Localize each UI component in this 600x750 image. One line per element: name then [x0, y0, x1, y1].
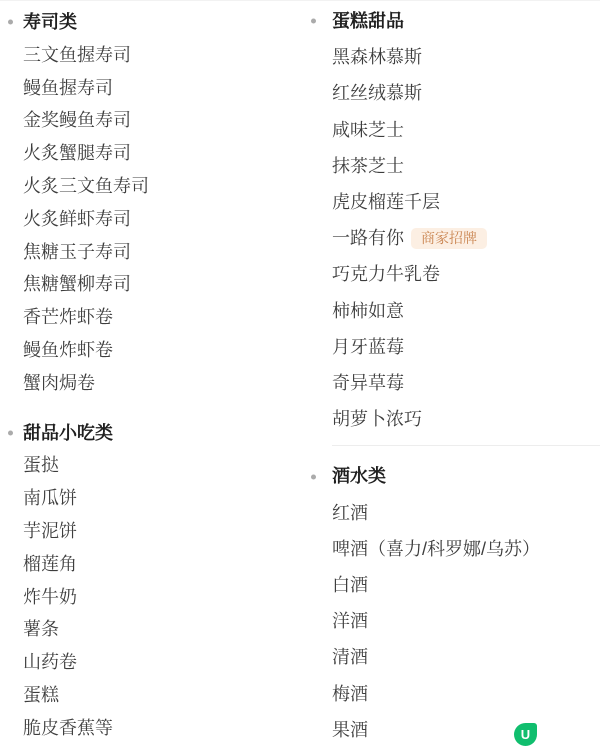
- menu-item-label: 蛋挞: [23, 455, 59, 475]
- menu-page: 寿司类三文鱼握寿司鳗鱼握寿司金奖鳗鱼寿司火炙蟹腿寿司火炙三文鱼寿司火炙鲜虾寿司焦…: [0, 0, 600, 750]
- menu-item: 虎皮榴莲千层: [300, 184, 600, 220]
- menu-item: 蛋糕: [0, 679, 300, 712]
- menu-item-label: 虎皮榴莲千层: [332, 192, 440, 212]
- menu-item: 火炙三文鱼寿司: [0, 170, 300, 203]
- bullet-icon: [8, 430, 13, 435]
- menu-item: 奇异草莓: [300, 365, 600, 401]
- menu-item-label: 巧克力牛乳卷: [332, 264, 440, 284]
- menu-item-label: 梅酒: [332, 684, 368, 704]
- menu-item: 清酒: [300, 639, 600, 675]
- menu-item-label: 果酒: [332, 720, 368, 740]
- menu-item: 月牙蓝莓: [300, 329, 600, 365]
- menu-item: 红丝绒慕斯: [300, 75, 600, 111]
- menu-item-label: 鳗鱼握寿司: [23, 78, 113, 98]
- menu-item: 山药卷: [0, 646, 300, 679]
- menu-item-label: 火炙三文鱼寿司: [23, 176, 149, 196]
- menu-item: 白酒: [300, 567, 600, 603]
- menu-item: 金奖鳗鱼寿司: [0, 104, 300, 137]
- menu-item: 巧克力牛乳卷: [300, 256, 600, 292]
- menu-item-label: 清酒: [332, 647, 368, 667]
- section-divider: [332, 445, 600, 446]
- menu-item-label: 月牙蓝莓: [332, 337, 404, 357]
- menu-item-label: 薯条: [23, 619, 59, 639]
- section-header: 蛋糕甜品: [300, 3, 600, 39]
- menu-item: 焦糖玉子寿司: [0, 236, 300, 269]
- menu-item: 火炙鲜虾寿司: [0, 203, 300, 236]
- section-header: 甜品小吃类: [0, 417, 300, 450]
- menu-item: 柿柿如意: [300, 293, 600, 329]
- menu-item-label: 炸牛奶: [23, 587, 77, 607]
- menu-item: 黑森林慕斯: [300, 39, 600, 75]
- menu-item-label: 香芒炸虾卷: [23, 307, 113, 327]
- menu-item: 果酒: [300, 712, 600, 748]
- menu-item: 梅酒: [300, 676, 600, 712]
- menu-item: 香芒炸虾卷: [0, 301, 300, 334]
- menu-item: 蛋挞: [0, 449, 300, 482]
- watermark-letter: U: [521, 728, 530, 741]
- menu-item-label: 火炙鲜虾寿司: [23, 209, 131, 229]
- section-title: 酒水类: [332, 466, 386, 486]
- menu-section: 甜品小吃类蛋挞南瓜饼芋泥饼榴莲角炸牛奶薯条山药卷蛋糕脆皮香蕉等: [0, 417, 300, 745]
- bullet-icon: [311, 19, 316, 24]
- menu-item-label: 焦糖蟹柳寿司: [23, 274, 131, 294]
- menu-item-label: 鳗鱼炸虾卷: [23, 340, 113, 360]
- menu-item-label: 芋泥饼: [23, 521, 77, 541]
- bullet-icon: [311, 474, 316, 479]
- menu-item-label: 柿柿如意: [332, 301, 404, 321]
- menu-item: 洋酒: [300, 603, 600, 639]
- menu-item-label: 黑森林慕斯: [332, 47, 422, 67]
- signature-badge: 商家招牌: [411, 228, 487, 249]
- menu-item-label: 蛋糕: [23, 685, 59, 705]
- section-header: 寿司类: [0, 6, 300, 39]
- menu-item: 抹茶芝士: [300, 148, 600, 184]
- menu-item-label: 红丝绒慕斯: [332, 83, 422, 103]
- menu-item: 蟹肉焗卷: [0, 367, 300, 400]
- menu-item-label: 脆皮香蕉等: [23, 718, 113, 738]
- menu-item: 脆皮香蕉等: [0, 712, 300, 745]
- bullet-icon: [8, 20, 13, 25]
- menu-item-label: 抹茶芝士: [332, 156, 404, 176]
- menu-item: 鳗鱼炸虾卷: [0, 334, 300, 367]
- menu-item-label: 火炙蟹腿寿司: [23, 143, 131, 163]
- menu-item: 啤酒（喜力/科罗娜/乌苏）: [300, 531, 600, 567]
- section-title: 蛋糕甜品: [332, 11, 404, 31]
- menu-item-label: 一路有你: [332, 228, 404, 248]
- menu-item: 咸味芝士: [300, 112, 600, 148]
- menu-item-label: 红酒: [332, 503, 368, 523]
- menu-item-label: 胡萝卜浓巧: [332, 409, 422, 429]
- menu-item-label: 啤酒（喜力/科罗娜/乌苏）: [332, 539, 540, 559]
- menu-item: 炸牛奶: [0, 581, 300, 614]
- menu-item-label: 洋酒: [332, 611, 368, 631]
- menu-item-label: 金奖鳗鱼寿司: [23, 110, 131, 130]
- menu-item-label: 奇异草莓: [332, 373, 404, 393]
- menu-column-right: 蛋糕甜品黑森林慕斯红丝绒慕斯咸味芝士抹茶芝士虎皮榴莲千层一路有你商家招牌巧克力牛…: [300, 0, 600, 748]
- menu-item: 胡萝卜浓巧: [300, 401, 600, 437]
- menu-item: 一路有你商家招牌: [300, 220, 600, 256]
- section-title: 甜品小吃类: [23, 423, 113, 443]
- menu-item-label: 咸味芝士: [332, 120, 404, 140]
- menu-item: 芋泥饼: [0, 515, 300, 548]
- menu-item: 三文鱼握寿司: [0, 39, 300, 72]
- menu-item: 火炙蟹腿寿司: [0, 137, 300, 170]
- menu-item: 南瓜饼: [0, 482, 300, 515]
- menu-column-left: 寿司类三文鱼握寿司鳗鱼握寿司金奖鳗鱼寿司火炙蟹腿寿司火炙三文鱼寿司火炙鲜虾寿司焦…: [0, 0, 300, 745]
- menu-item-label: 白酒: [332, 575, 368, 595]
- menu-section: 寿司类三文鱼握寿司鳗鱼握寿司金奖鳗鱼寿司火炙蟹腿寿司火炙三文鱼寿司火炙鲜虾寿司焦…: [0, 6, 300, 400]
- section-header: 酒水类: [300, 458, 600, 494]
- u-lifestyle-logo-icon: U: [514, 723, 537, 746]
- menu-item-label: 三文鱼握寿司: [23, 45, 131, 65]
- section-title: 寿司类: [23, 12, 77, 32]
- menu-item-label: 南瓜饼: [23, 488, 77, 508]
- menu-item-label: 榴莲角: [23, 554, 77, 574]
- menu-item: 红酒: [300, 495, 600, 531]
- menu-item: 鳗鱼握寿司: [0, 72, 300, 105]
- menu-item: 焦糖蟹柳寿司: [0, 268, 300, 301]
- menu-item-label: 山药卷: [23, 652, 77, 672]
- menu-item-label: 焦糖玉子寿司: [23, 242, 131, 262]
- menu-section: 酒水类红酒啤酒（喜力/科罗娜/乌苏）白酒洋酒清酒梅酒果酒: [300, 458, 600, 748]
- menu-item-label: 蟹肉焗卷: [23, 373, 95, 393]
- menu-section: 蛋糕甜品黑森林慕斯红丝绒慕斯咸味芝士抹茶芝士虎皮榴莲千层一路有你商家招牌巧克力牛…: [300, 3, 600, 446]
- menu-item: 薯条: [0, 613, 300, 646]
- menu-item: 榴莲角: [0, 548, 300, 581]
